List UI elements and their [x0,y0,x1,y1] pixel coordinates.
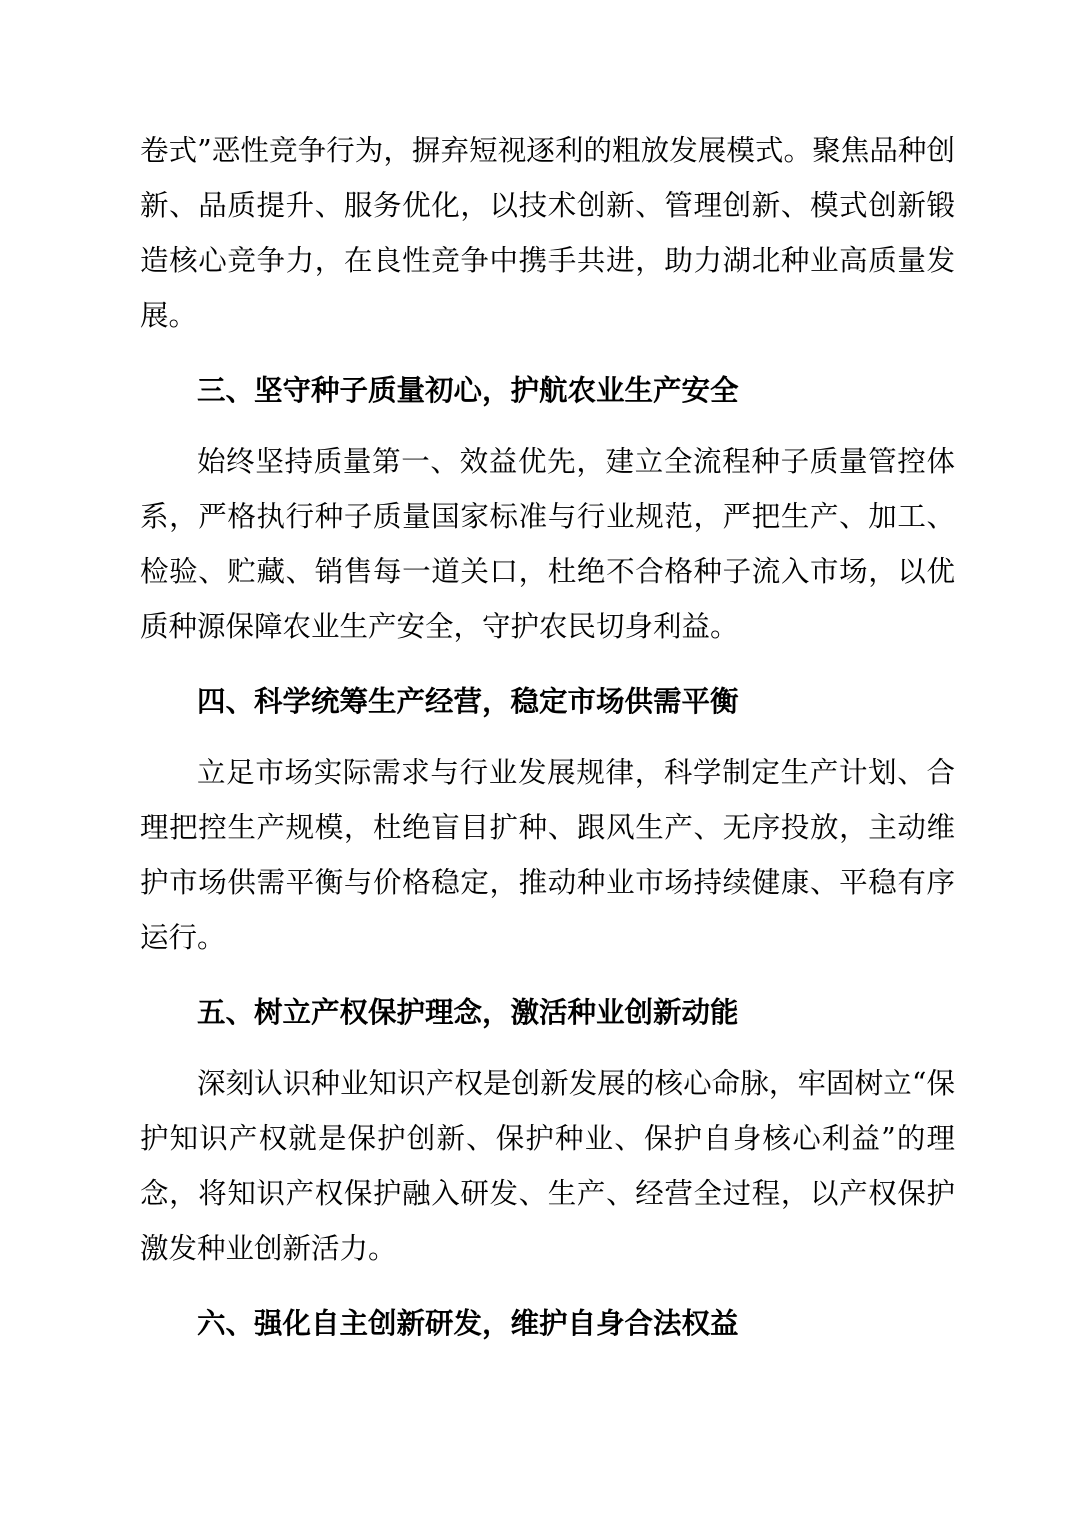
body-paragraph: 卷式”恶性竞争行为，摒弃短视逐利的粗放发展模式。聚焦品种创新、品质提升、服务优化… [140,123,955,343]
document-page: 卷式”恶性竞争行为，摒弃短视逐利的粗放发展模式。聚焦品种创新、品质提升、服务优化… [0,0,1080,1527]
document-body: 卷式”恶性竞争行为，摒弃短视逐利的粗放发展模式。聚焦品种创新、品质提升、服务优化… [140,123,955,1351]
section-heading: 三、坚守种子质量初心，护航农业生产安全 [140,363,955,418]
section-heading: 六、强化自主创新研发，维护自身合法权益 [140,1296,955,1351]
body-paragraph: 立足市场实际需求与行业发展规律，科学制定生产计划、合理把控生产规模，杜绝盲目扩种… [140,745,955,965]
body-paragraph: 深刻认识种业知识产权是创新发展的核心命脉，牢固树立“保护知识产权就是保护创新、保… [140,1056,955,1276]
section-heading: 五、树立产权保护理念，激活种业创新动能 [140,985,955,1040]
section-heading: 四、科学统筹生产经营，稳定市场供需平衡 [140,674,955,729]
body-paragraph: 始终坚持质量第一、效益优先，建立全流程种子质量管控体系，严格执行种子质量国家标准… [140,434,955,654]
